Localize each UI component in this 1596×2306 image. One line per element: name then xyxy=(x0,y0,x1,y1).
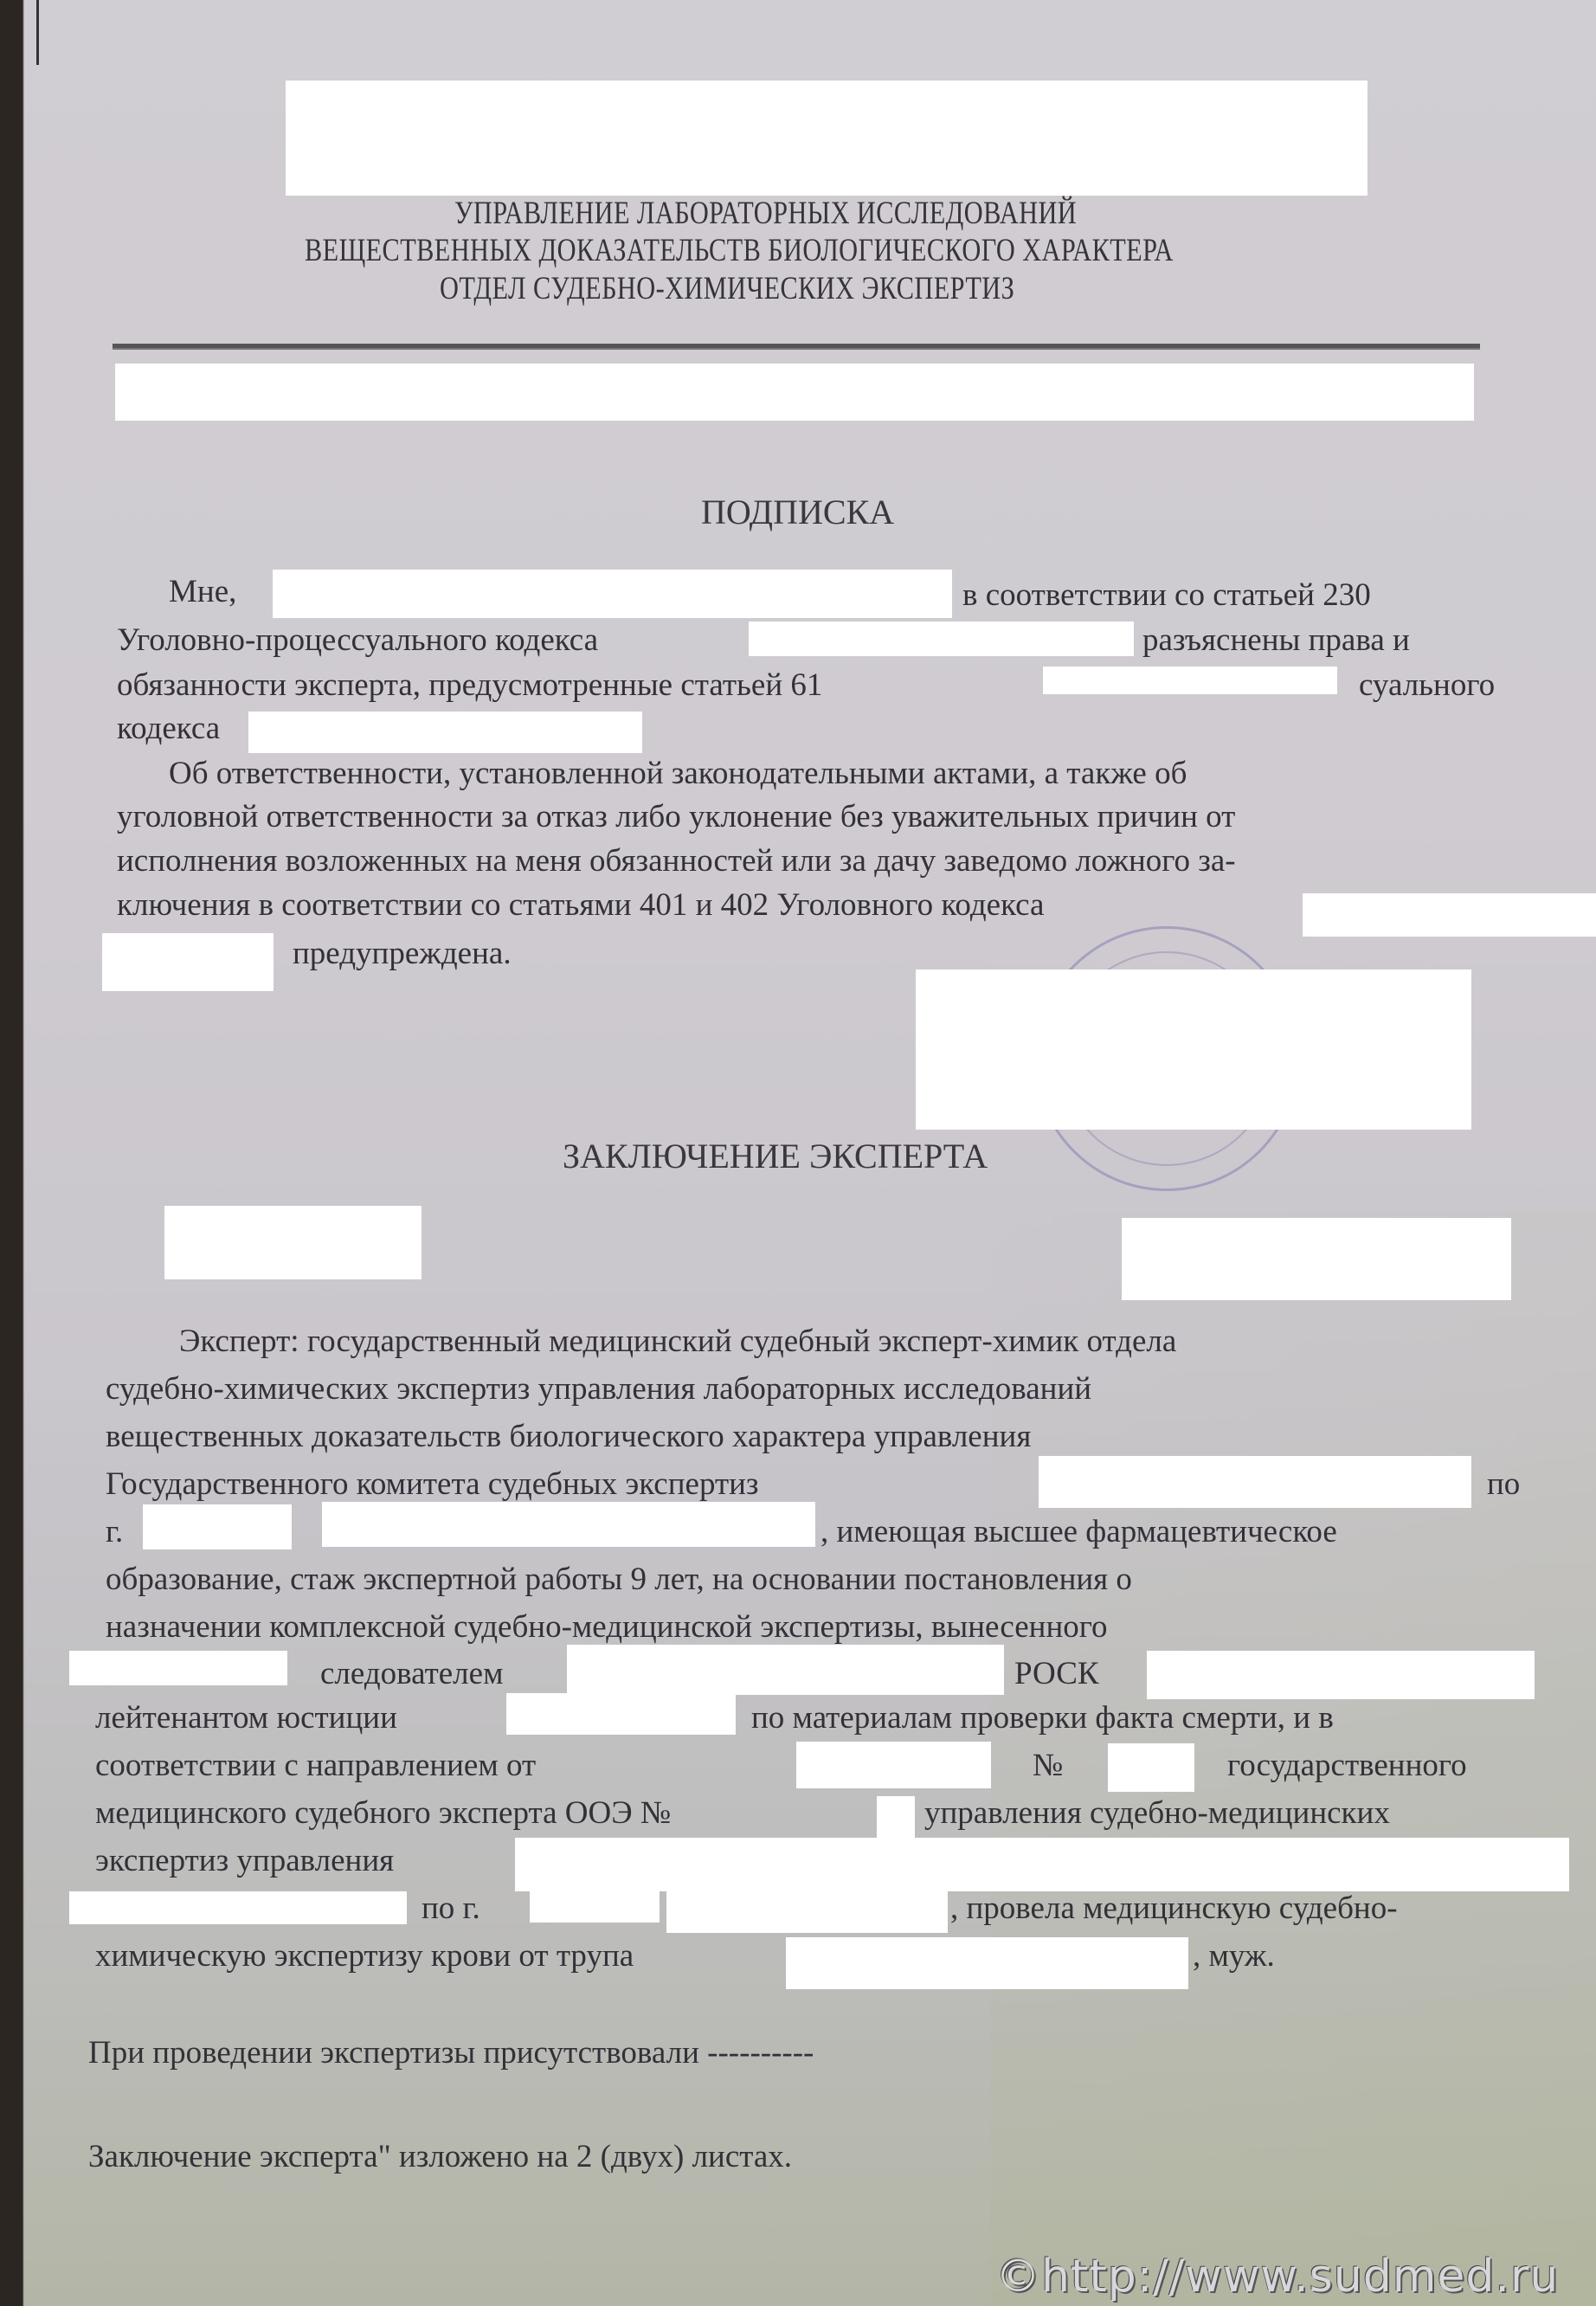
text: уголовной ответственности за отказ либо … xyxy=(117,798,1235,835)
text: назначении комплексной судебно-медицинск… xyxy=(106,1608,1108,1646)
redacted-date xyxy=(69,1651,287,1685)
text: Уголовно-процессуального кодекса xyxy=(117,622,598,659)
redacted-address xyxy=(666,1891,948,1933)
text: , муж. xyxy=(1193,1937,1275,1974)
redacted-deceased-name xyxy=(786,1937,1188,1989)
text: исполнения возложенных на меня обязаннос… xyxy=(117,842,1236,879)
text: № xyxy=(1033,1747,1063,1784)
header-divider xyxy=(113,344,1480,350)
text: по г. xyxy=(422,1890,480,1927)
text: в соответствии со статьей 230 xyxy=(962,576,1371,614)
subscription-title: ПОДПИСКА xyxy=(701,492,894,532)
redacted-country xyxy=(1043,667,1337,694)
text: экспертиз управления xyxy=(95,1842,394,1879)
header-line-2: ВЕЩЕСТВЕННЫХ ДОКАЗАТЕЛЬСТВ БИОЛОГИЧЕСКОГ… xyxy=(305,232,1174,269)
redacted-country xyxy=(1303,893,1596,937)
redacted-department xyxy=(1147,1651,1535,1699)
text: кодекса xyxy=(117,710,220,747)
text: обязанности эксперта, предусмотренные ст… xyxy=(117,667,822,704)
redacted-city xyxy=(143,1504,292,1549)
text: лейтенантом юстиции xyxy=(95,1699,397,1736)
text: по xyxy=(1487,1465,1520,1503)
redacted-department xyxy=(515,1838,1569,1891)
text: химическую экспертизу крови от трупа xyxy=(95,1937,634,1974)
text: судебно-химических экспертиз управления … xyxy=(106,1370,1091,1407)
redacted-country xyxy=(102,933,274,991)
redacted-block-address xyxy=(115,364,1474,421)
pen-mark xyxy=(36,0,39,65)
text: управления судебно-медицинских xyxy=(924,1794,1390,1832)
text: государственного xyxy=(1227,1747,1467,1784)
text: соответствии с направлением от xyxy=(95,1747,536,1784)
text: РОСК xyxy=(1014,1655,1099,1692)
header-line-1: УПРАВЛЕНИЕ ЛАБОРАТОРНЫХ ИССЛЕДОВАНИЙ xyxy=(454,195,1077,232)
redacted-region xyxy=(69,1891,407,1924)
text: разъяснены права и xyxy=(1142,622,1410,659)
header-line-3: ОТДЕЛ СУДЕБНО-ХИМИЧЕСКИХ ЭКСПЕРТИЗ xyxy=(440,270,1014,307)
redacted-block-org-name xyxy=(286,81,1368,196)
text: медицинского судебного эксперта ООЭ № xyxy=(95,1794,671,1832)
text: ключения в соответствии со статьями 401 … xyxy=(117,886,1044,924)
redacted-expert-name xyxy=(322,1502,815,1547)
text: следователем xyxy=(320,1655,504,1692)
text: по материалам проверки факта смерти, и в xyxy=(751,1699,1334,1736)
conclusion-title: ЗАКЛЮЧЕНИЕ ЭКСПЕРТА xyxy=(563,1136,988,1176)
redacted-investigator xyxy=(567,1645,1004,1695)
text: г. xyxy=(106,1513,123,1550)
text: Государственного комитета судебных экспе… xyxy=(106,1465,759,1503)
redacted-country xyxy=(1039,1456,1471,1508)
text: Эксперт: государственный медицинский суд… xyxy=(179,1323,1176,1360)
text: предупреждена. xyxy=(293,935,512,972)
text: суального xyxy=(1359,667,1495,704)
text: Мне, xyxy=(169,573,236,610)
redacted-number xyxy=(1108,1743,1194,1792)
text: Об ответственности, установленной законо… xyxy=(169,755,1187,792)
redacted-signature xyxy=(916,969,1471,1130)
text: , имеющая высшее фармацевтическое xyxy=(821,1513,1337,1550)
redacted-date xyxy=(164,1206,422,1279)
text: образование, стаж экспертной работы 9 ле… xyxy=(106,1561,1132,1598)
present-line: При проведении экспертизы присутствовали… xyxy=(88,2034,814,2071)
redacted-country xyxy=(248,712,642,753)
watermark: ©http://www.sudmed.ru xyxy=(995,2251,1559,2303)
redacted-number xyxy=(877,1796,915,1839)
redacted-city xyxy=(530,1891,660,1923)
text: вещественных доказательств биологическог… xyxy=(106,1418,1031,1455)
redacted-country xyxy=(749,622,1134,656)
redacted-name xyxy=(273,570,952,618)
redacted-date xyxy=(796,1742,991,1788)
text: , провела медицинскую судебно- xyxy=(950,1890,1398,1927)
redacted-name xyxy=(506,1693,736,1735)
sheets-line: Заключение эксперта" изложено на 2 (двух… xyxy=(88,2138,792,2175)
redacted-number xyxy=(1122,1218,1511,1300)
